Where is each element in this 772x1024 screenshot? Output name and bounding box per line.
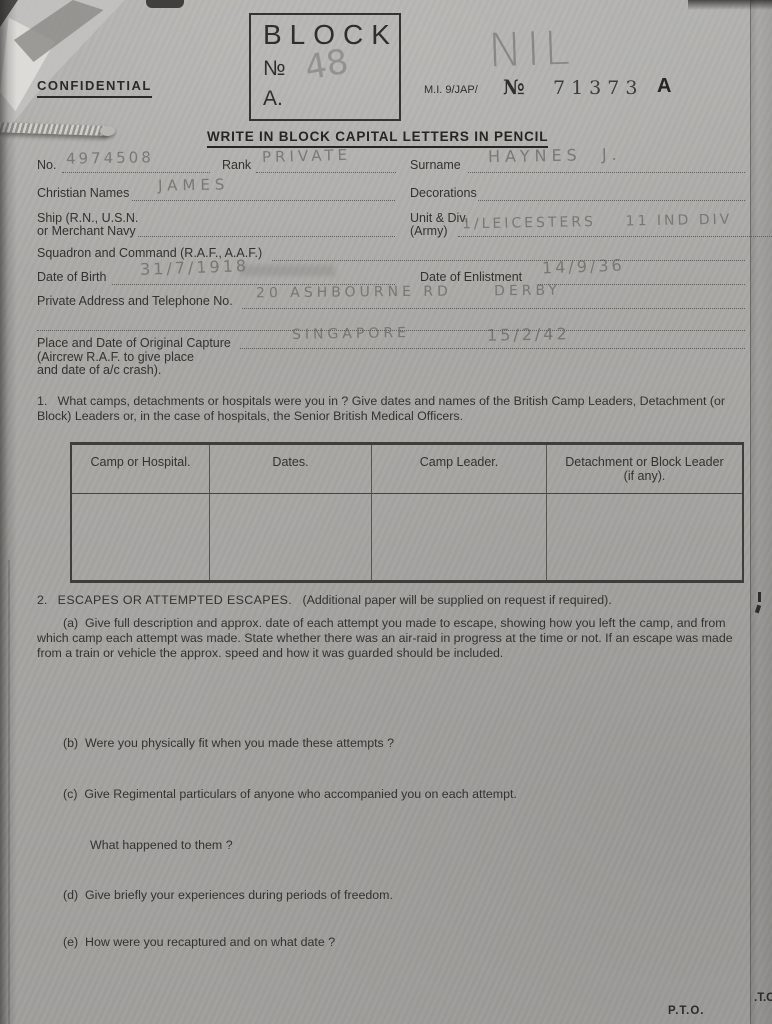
- nil-pencil-note: NIL: [487, 21, 574, 78]
- underlying-page-edge: [750, 0, 772, 1024]
- block-stamp-no-symbol: №: [263, 57, 286, 81]
- file-ref-number-stamp: 71373: [553, 77, 643, 99]
- question-2-note: (Additional paper will be supplied on re…: [302, 593, 611, 607]
- field-label-unit-line2: (Army): [410, 224, 448, 238]
- field-label-rank: Rank: [222, 158, 251, 172]
- field-label-decorations: Decorations: [410, 186, 477, 200]
- question-2c: (c) Give Regimental particulars of anyon…: [63, 787, 713, 802]
- question-2c-followup: What happened to them ?: [90, 838, 690, 853]
- col-header-camp-leader: Camp Leader.: [372, 445, 547, 494]
- table-cell: [72, 494, 210, 580]
- field-label-date-of-birth: Date of Birth: [37, 270, 106, 284]
- field-value-surname: HAYNES J.: [488, 145, 622, 166]
- field-value-capture-place: SINGAPORE: [292, 325, 410, 343]
- field-label-ship-line2: or Merchant Navy: [37, 224, 136, 238]
- field-value-capture-date: 15/2/42: [487, 324, 570, 344]
- field-label-capture-note1: (Aircrew R.A.F. to give place: [37, 350, 194, 364]
- edge-ink-mark: [758, 592, 761, 602]
- field-value-date-of-birth: 31/7/1918: [140, 256, 250, 279]
- question-2d-letter: (d): [63, 888, 78, 902]
- question-2-heading: 2. ESCAPES OR ATTEMPTED ESCAPES. (Additi…: [37, 593, 757, 608]
- camps-table-empty-row: [72, 494, 742, 580]
- question-2e-letter: (e): [63, 935, 78, 949]
- block-stamp-a: A.: [263, 87, 283, 111]
- question-2d-text: Give briefly your experiences during per…: [85, 888, 393, 902]
- field-label-no: No.: [37, 158, 56, 172]
- table-cell: [210, 494, 372, 580]
- field-label-surname: Surname: [410, 158, 461, 172]
- field-value-address: 20 ASHBOURNE RD DERBY: [256, 283, 561, 302]
- question-2a-text: Give full description and approx. date o…: [37, 616, 733, 660]
- col-header-detachment-leader: Detachment or Block Leader (if any).: [547, 445, 742, 494]
- table-cell: [547, 494, 742, 580]
- field-value-no: 4974508: [66, 148, 154, 168]
- block-number-pencil: 48: [302, 42, 352, 89]
- question-2b-text: Were you physically fit when you made th…: [85, 736, 394, 750]
- question-2c-text: Give Regimental particulars of anyone wh…: [84, 787, 517, 801]
- question-2e: (e) How were you recaptured and on what …: [63, 935, 713, 950]
- question-2-title: ESCAPES OR ATTEMPTED ESCAPES.: [58, 593, 292, 607]
- file-ref-no-symbol: №: [503, 75, 525, 99]
- erased-pencil-smudge: [240, 265, 335, 276]
- question-2b: (b) Were you physically fit when you mad…: [63, 736, 713, 751]
- field-label-ship-line1: Ship (R.N., U.S.N.: [37, 211, 138, 225]
- camps-table: Camp or Hospital. Dates. Camp Leader. De…: [70, 442, 744, 583]
- dotted-line: [478, 186, 745, 201]
- question-1: 1. What camps, detachments or hospitals …: [37, 394, 747, 424]
- question-1-number: 1.: [37, 394, 47, 408]
- field-value-date-of-enlistment: 14/9/36: [542, 256, 625, 278]
- field-label-date-of-enlistment: Date of Enlistment: [420, 270, 522, 284]
- table-cell: [372, 494, 547, 580]
- question-2a: (a) Give full description and approx. da…: [37, 616, 749, 660]
- question-2b-letter: (b): [63, 736, 78, 750]
- question-2c-letter: (c): [63, 787, 77, 801]
- question-2a-letter: (a): [63, 616, 78, 630]
- paper-crease: [8, 560, 10, 1024]
- col-header-dates: Dates.: [210, 445, 372, 494]
- field-value-christian-names: JAMES: [158, 175, 230, 194]
- field-label-capture: Place and Date of Original Capture: [37, 336, 231, 350]
- pto-underlying-page: .T.O: [754, 992, 772, 1004]
- dotted-line: [272, 246, 745, 261]
- file-ref-suffix: A: [657, 75, 671, 98]
- file-ref-prefix: M.I. 9/JAP/: [424, 84, 478, 96]
- question-2d: (d) Give briefly your experiences during…: [63, 888, 713, 903]
- form-instruction-heading: WRITE IN BLOCK CAPITAL LETTERS IN PENCIL: [207, 129, 548, 148]
- field-value-rank: PRIVATE: [262, 146, 351, 166]
- field-label-christian-names: Christian Names: [37, 186, 129, 200]
- top-edge-shadow: [146, 0, 184, 8]
- col-header-camp-or-hospital: Camp or Hospital.: [72, 445, 210, 494]
- dotted-line: [138, 222, 395, 237]
- field-label-capture-note2: and date of a/c crash).: [37, 363, 161, 377]
- question-1-text: What camps, detachments or hospitals wer…: [37, 394, 725, 423]
- camps-table-header-row: Camp or Hospital. Dates. Camp Leader. De…: [72, 445, 742, 494]
- confidential-marking: CONFIDENTIAL: [37, 78, 152, 98]
- scanned-pow-form-page: CONFIDENTIAL BLOCK № 48 A. NIL M.I. 9/JA…: [0, 0, 772, 1024]
- question-2-number: 2.: [37, 593, 47, 607]
- question-2e-text: How were you recaptured and on what date…: [85, 935, 335, 949]
- pto-marking: P.T.O.: [668, 1005, 704, 1017]
- field-label-address: Private Address and Telephone No.: [37, 294, 233, 308]
- binding-string-end: [100, 126, 115, 136]
